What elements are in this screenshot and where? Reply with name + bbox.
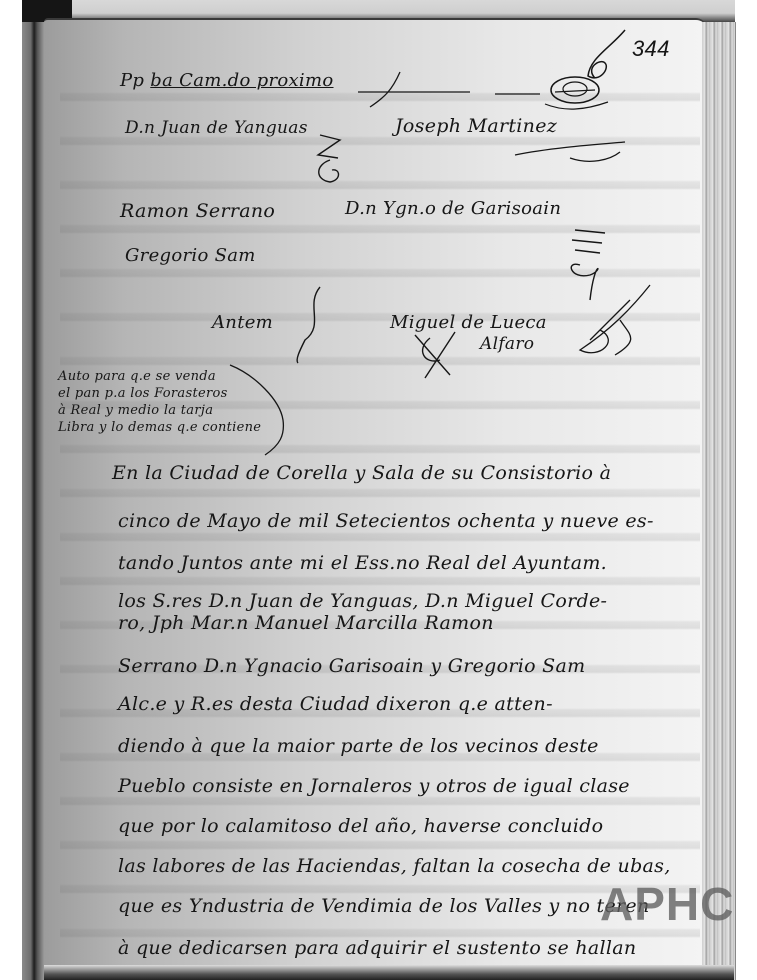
body-line: tando Juntos ante mi el Ess.no Real del …: [118, 552, 607, 574]
signature-rubric-martinez: [510, 140, 630, 170]
signature-alfaro: Alfaro: [480, 334, 534, 354]
body-line: ro, Jph Mar.n Manuel Marcilla Ramon: [118, 612, 494, 634]
page-edge-stack: [702, 22, 736, 980]
signature-antem: Antem: [212, 312, 273, 333]
body-line: las labores de las Haciendas, faltan la …: [118, 855, 671, 877]
body-line: que por lo calamitoso del año, haverse c…: [118, 815, 603, 837]
signature-joseph-martinez: Joseph Martinez: [395, 115, 557, 137]
signature-rubric-antem: [290, 285, 330, 365]
signature-rubric-lueca: [410, 330, 470, 380]
body-line: diendo à que la maior parte de los vecin…: [118, 735, 599, 757]
margin-note-bracket: [225, 360, 295, 460]
book-binding: [22, 22, 44, 980]
signature-ramon-serrano: Ramon Serrano: [120, 200, 275, 222]
signature-rubric-alfaro: [560, 280, 660, 370]
folio-number: 344: [632, 36, 670, 62]
body-line: cinco de Mayo de mil Setecientos ochenta…: [118, 510, 654, 532]
header-annotation: Pp ba Cam.do proximo: [120, 70, 334, 91]
body-line: En la Ciudad de Corella y Sala de su Con…: [112, 462, 611, 484]
signature-rubric-yanguas: [310, 130, 350, 190]
header-rule-line: [350, 72, 610, 112]
body-line: los S.res D.n Juan de Yanguas, D.n Migue…: [118, 590, 607, 612]
body-line: Serrano D.n Ygnacio Garisoain y Gregorio…: [118, 655, 585, 677]
body-line: à que dedicarsen para adquirir el susten…: [118, 937, 636, 959]
book-bottom-edge: [44, 965, 734, 980]
body-line: Alc.e y R.es desta Ciudad dixeron q.e at…: [118, 693, 553, 715]
signature-ygnacio-garisoain: D.n Ygn.o de Garisoain: [345, 198, 561, 219]
signature-gregorio-sam: Gregorio Sam: [125, 245, 256, 266]
body-line: que es Yndustria de Vendimia de los Vall…: [118, 895, 650, 917]
header-text: ba Cam.do proximo: [150, 70, 333, 91]
header-abbrev: Pp: [120, 70, 144, 91]
signature-juan-de-yanguas: D.n Juan de Yanguas: [125, 118, 308, 138]
archive-watermark-logo: APHC: [600, 877, 734, 931]
body-line: Pueblo consiste en Jornaleros y otros de…: [118, 775, 630, 797]
